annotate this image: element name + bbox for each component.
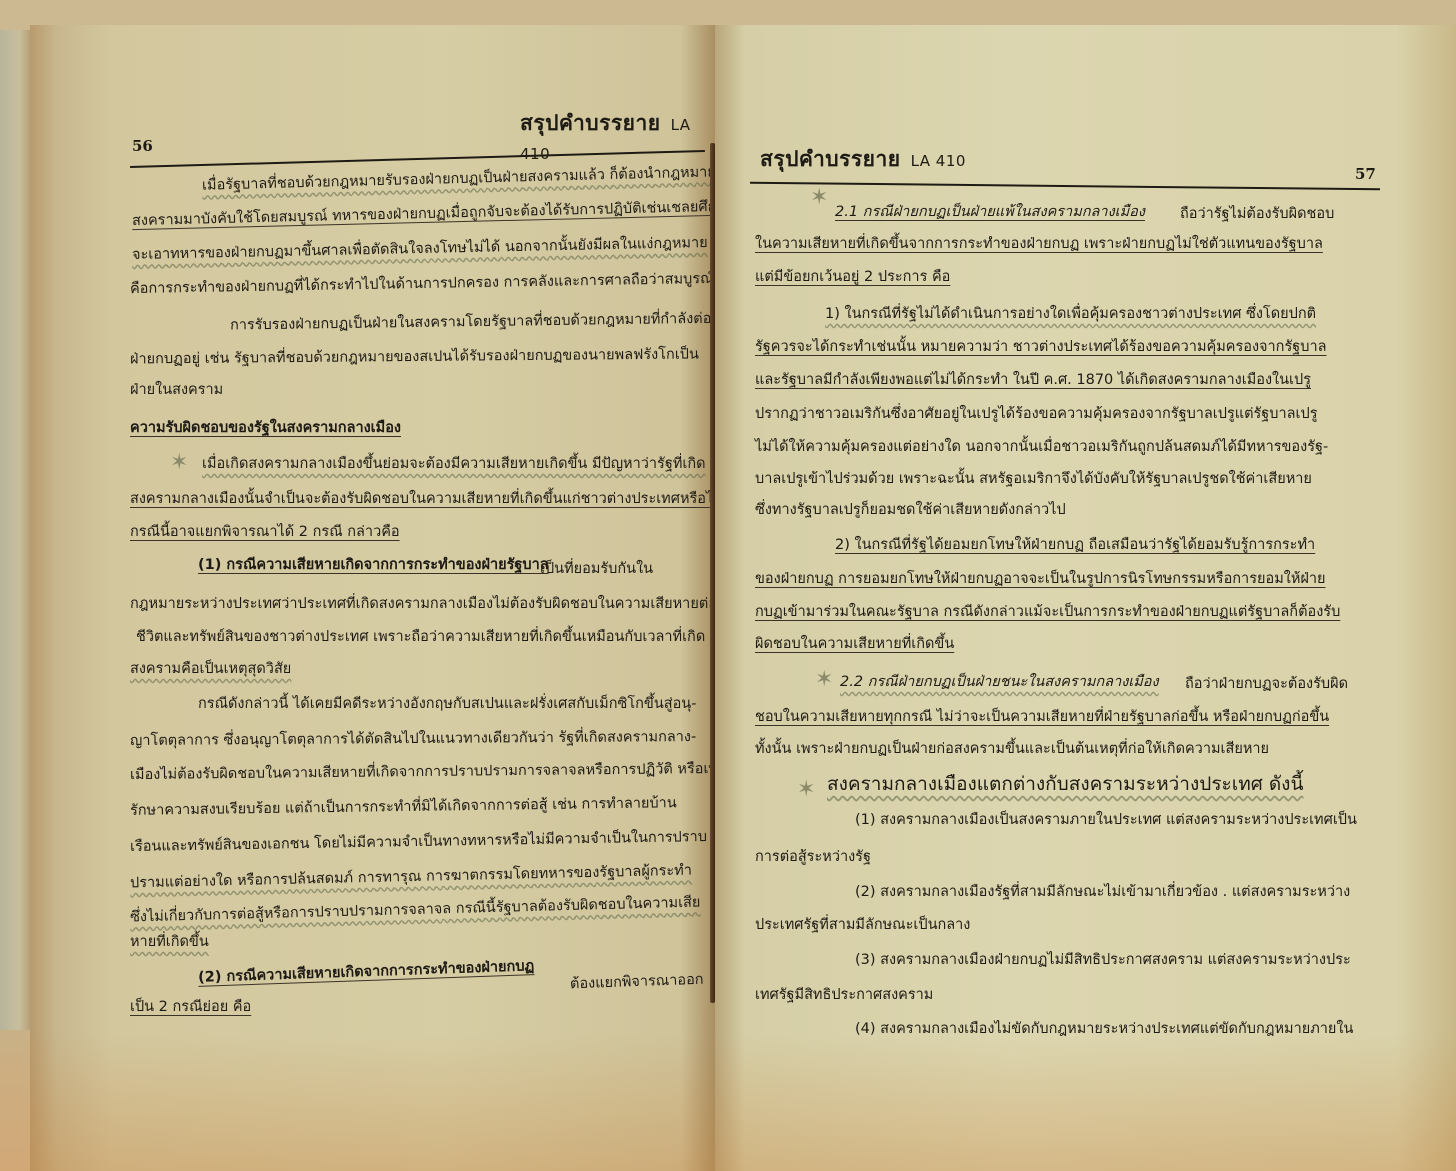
pencil-star-icon: ✶ bbox=[170, 450, 188, 475]
text-line: ถือว่ารัฐไม่ต้องรับผิดชอบ bbox=[1180, 207, 1334, 222]
text-line: ในความเสียหายที่เกิดขึ้นจากการกระทำของฝ่… bbox=[755, 237, 1323, 252]
text-line: สงครามกลางเมืองนั้นจำเป็นจะต้องรับผิดชอบ… bbox=[130, 492, 715, 507]
running-head: สรุปคำบรรยายLA 410 bbox=[760, 143, 966, 176]
running-head-code: LA 410 bbox=[911, 152, 966, 170]
text-line: กฎหมายระหว่างประเทศว่าประเทศที่เกิดสงครา… bbox=[130, 597, 715, 612]
text-line: ต้องแยกพิจารณาออก bbox=[570, 973, 704, 992]
running-head-title: สรุปคำบรรยาย bbox=[760, 147, 901, 171]
text-line: เมืองไม่ต้องรับผิดชอบในความเสียหายที่เกิ… bbox=[130, 762, 715, 783]
text-line: ซึ่งทางรัฐบาลเปรูก็ยอมชดใช้ค่าเสียหายดัง… bbox=[755, 503, 1066, 518]
text-line: ไม่ได้ให้ความคุ้มครองแต่อย่างใด นอกจากนั… bbox=[755, 440, 1328, 455]
text-line: ของฝ่ายกบฏ การยอมยกโทษให้ฝ่ายกบฏอาจจะเป็… bbox=[755, 572, 1326, 587]
text-line: รัฐควรจะได้กระทำเช่นนั้น หมายความว่า ชาว… bbox=[755, 340, 1326, 355]
pencil-star-icon: ✶ bbox=[815, 667, 833, 692]
list-item: (3) สงครามกลางเมืองฝ่ายกบฏไม่มีสิทธิประก… bbox=[855, 953, 1351, 968]
text-line: เมื่อเกิดสงครามกลางเมืองขึ้นย่อมจะต้องมี… bbox=[202, 457, 706, 472]
text-line: กบฏเข้ามาร่วมในคณะรัฐบาล กรณีดังกล่าวแม้… bbox=[755, 605, 1340, 620]
pencil-star-icon: ✶ bbox=[797, 777, 815, 802]
text-line: สงครามคือเป็นเหตุสุดวิสัย bbox=[130, 662, 291, 677]
text-line: การรับรองฝ่ายกบฏเป็นฝ่ายในสงครามโดยรัฐบา… bbox=[230, 311, 715, 333]
text-line: ซึ่งไม่เกี่ยวกับการต่อสู้หรือการปราบปราม… bbox=[130, 896, 701, 925]
header-rule bbox=[750, 182, 1380, 191]
page-number: 57 bbox=[1355, 165, 1376, 183]
text-line: 2) ในกรณีที่รัฐได้ยอมยกโทษให้ฝ่ายกบฏ ถือ… bbox=[835, 538, 1315, 553]
text-line: บาลเปรูเข้าไปร่วมด้วย เพราะฉะนั้น สหรัฐอ… bbox=[755, 472, 1312, 487]
text-line: จะเอาทหารของฝ่ายกบฏมาขึ้นศาลเพื่อตัดสินใ… bbox=[132, 236, 708, 263]
text-line: และรัฐบาลมีกำลังเพียงพอแต่ไม่ได้กระทำ ใน… bbox=[755, 373, 1311, 388]
subheading-2-1: 2.1 กรณีฝ่ายกบฏเป็นฝ่ายแพ้ในสงครามกลางเม… bbox=[835, 205, 1145, 220]
text-line: คือการกระทำของฝ่ายกบฏที่ได้กระทำไปในด้าน… bbox=[130, 272, 714, 297]
text-line: เป็นที่ยอมรับกันใน bbox=[540, 562, 653, 577]
pencil-star-icon: ✶ bbox=[810, 185, 828, 210]
list-item: (1) สงครามกลางเมืองเป็นสงครามภายในประเทศ… bbox=[855, 813, 1357, 828]
text-line: แต่มีข้อยกเว้นอยู่ 2 ประการ คือ bbox=[755, 270, 950, 285]
section-heading: สงครามกลางเมืองแตกต่างกับสงครามระหว่างปร… bbox=[827, 775, 1303, 794]
list-item: (2) สงครามกลางเมืองรัฐที่สามมีลักษณะไม่เ… bbox=[855, 885, 1350, 900]
list-item: (4) สงครามกลางเมืองไม่ขัดกับกฎหมายระหว่า… bbox=[855, 1022, 1353, 1037]
text-line: ฝ่ายในสงคราม bbox=[130, 383, 223, 398]
text-line: หายที่เกิดขึ้น bbox=[130, 935, 209, 950]
text-line: เป็น 2 กรณีย่อย คือ bbox=[130, 1000, 251, 1015]
book-cover-edge bbox=[0, 30, 32, 1030]
text-line: เรือนและทรัพย์สินของเอกชน โดยไม่มีความจำ… bbox=[130, 830, 707, 855]
page-57: สรุปคำบรรยายLA 410 57 ✶ 2.1 กรณีฝ่ายกบฏเ… bbox=[715, 25, 1456, 1171]
text-line: ชีวิตและทรัพย์สินของชาวต่างประเทศ เพราะถ… bbox=[136, 630, 705, 645]
subheading-case-1: (1) กรณีความเสียหายเกิดจากการกระทำของฝ่า… bbox=[198, 558, 549, 573]
text-line: ถือว่าฝ่ายกบฏจะต้องรับผิด bbox=[1185, 677, 1348, 692]
text-line: ปรามแต่อย่างใด หรือการปล้นสดมภ์ การทารุณ… bbox=[130, 864, 692, 891]
open-book: 56 สรุปคำบรรยายLA 410 เมื่อรัฐบาลที่ชอบด… bbox=[30, 25, 1456, 1171]
text-line: รักษาความสงบเรียบร้อย แต่ถ้าเป็นการกระทำ… bbox=[130, 796, 677, 818]
list-item-cont: การต่อสู้ระหว่างรัฐ bbox=[755, 850, 871, 865]
text-line: ทั้งนั้น เพราะฝ่ายกบฏเป็นฝ่ายก่อสงครามขึ… bbox=[755, 742, 1269, 757]
section-heading: ความรับผิดชอบของรัฐในสงครามกลางเมือง bbox=[130, 421, 401, 436]
text-line: กรณีนี้อาจแยกพิจารณาได้ 2 กรณี กล่าวคือ bbox=[130, 525, 400, 540]
subheading-case-2: (2) กรณีความเสียหายเกิดจากการกระทำของฝ่า… bbox=[198, 959, 535, 985]
running-head-title: สรุปคำบรรยาย bbox=[520, 111, 661, 135]
page-56: 56 สรุปคำบรรยายLA 410 เมื่อรัฐบาลที่ชอบด… bbox=[30, 25, 715, 1171]
page-number: 56 bbox=[132, 137, 153, 155]
text-line: สงครามมาบังคับใช้โดยสมบูรณ์ ทหารของฝ่ายก… bbox=[132, 200, 715, 229]
text-line: ปรากฏว่าชาวอเมริกันซึ่งอาศัยอยู่ในเปรูได… bbox=[755, 407, 1317, 422]
text-line: กรณีดังกล่าวนี้ ได้เคยมีคดีระหว่างอังกฤษ… bbox=[198, 697, 696, 712]
text-line: ฝ่ายกบฏอยู่ เช่น รัฐบาลที่ชอบด้วยกฎหมายข… bbox=[130, 348, 699, 367]
text-line: ชอบในความเสียหายทุกกรณี ไม่ว่าจะเป็นความ… bbox=[755, 710, 1329, 725]
text-line: ญาโตตุลาการ ซึ่งอนุญาโตตุลาการได้ตัดสินไ… bbox=[130, 730, 696, 748]
text-line: เมื่อรัฐบาลที่ชอบด้วยกฎหมายรับรองฝ่ายกบฏ… bbox=[202, 165, 715, 193]
list-item-cont: เทศรัฐมีสิทธิประกาศสงคราม bbox=[755, 988, 933, 1003]
text-line: ผิดชอบในความเสียหายที่เกิดขึ้น bbox=[755, 637, 954, 652]
list-item-cont: ประเทศรัฐที่สามมีลักษณะเป็นกลาง bbox=[755, 918, 970, 933]
subheading-2-2: 2.2 กรณีฝ่ายกบฏเป็นฝ่ายชนะในสงครามกลางเม… bbox=[840, 675, 1159, 690]
text-line: 1) ในกรณีที่รัฐไม่ได้ดำเนินการอย่างใดเพื… bbox=[825, 307, 1316, 322]
